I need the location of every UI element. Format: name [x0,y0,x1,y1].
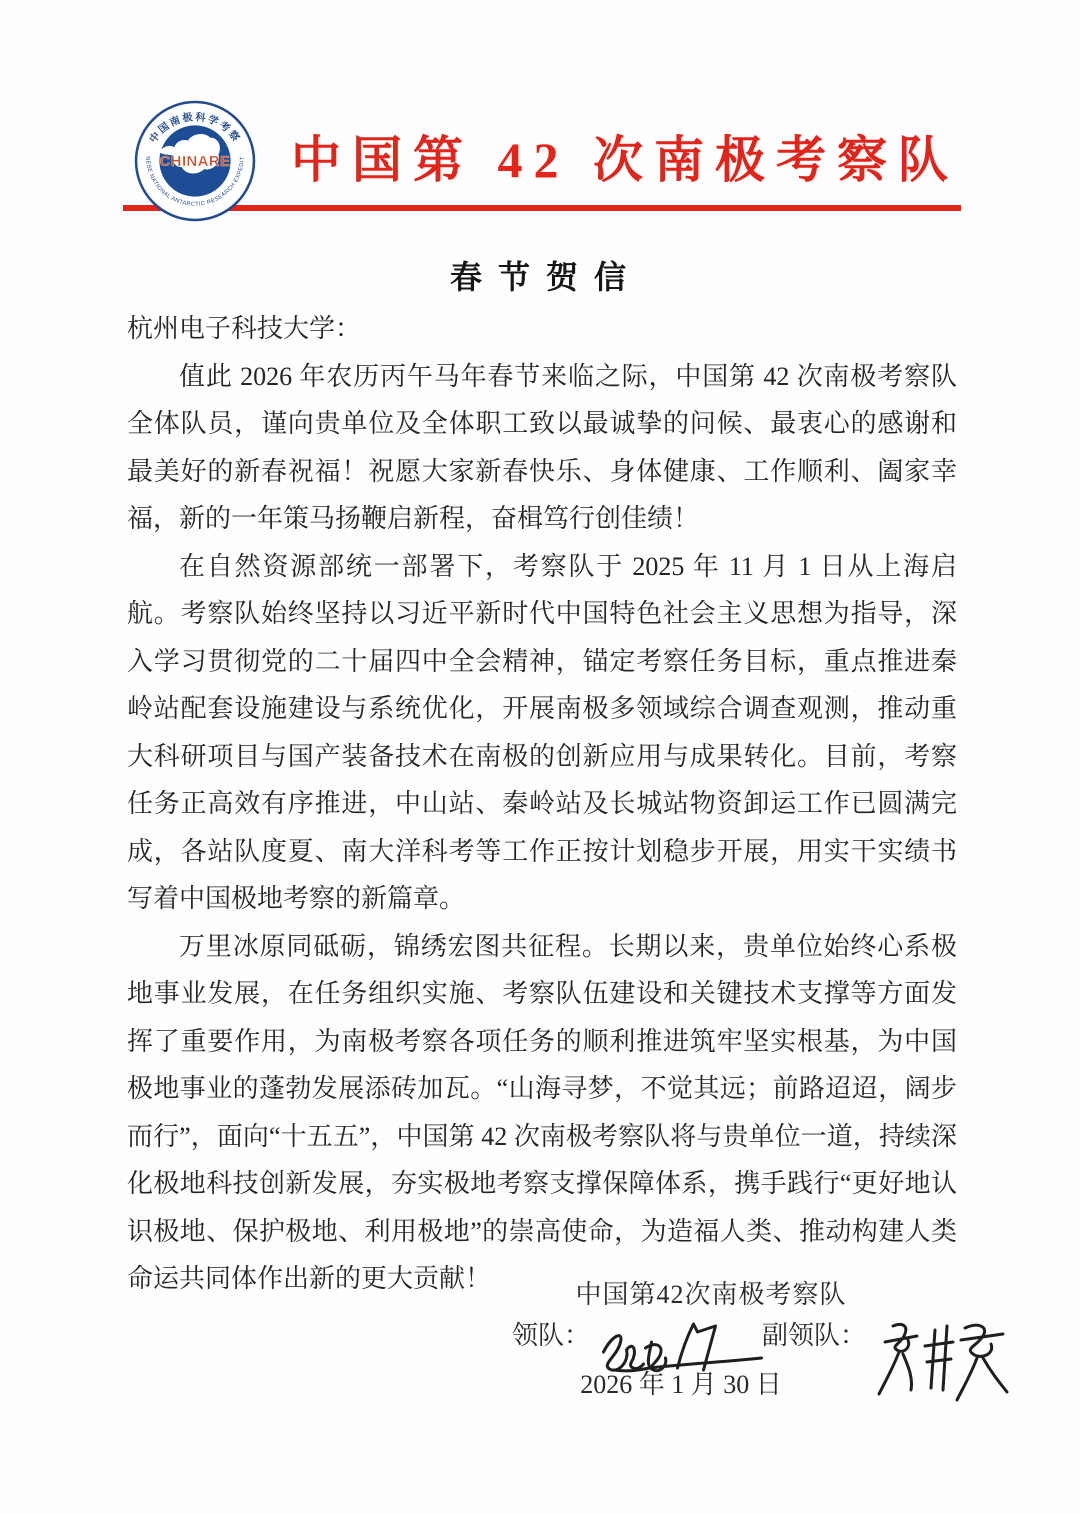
header-org-title: 中国第 42 次南极考察队 [280,120,970,192]
letter-body: 杭州电子科技大学： 值此 2026 年农历丙午马年春节来临之际，中国第 42 次… [127,305,957,1303]
signature-date: 2026 年 1 月 30 日 [576,1364,786,1401]
leader-label: 领队： [512,1312,590,1360]
letter-title: 春 节 贺 信 [0,252,1080,298]
deputy-label: 副领队： [762,1312,866,1360]
logo-chinare-text: CHINARE [160,154,231,170]
paragraph-outlook: 万里冰原同砥砺，锦绣宏图共征程。长期以来，贵单位始终心系极地事业发展，在任务组织… [127,923,957,1303]
letter-page: 中国南极科学考察 CHINESE NATIONAL ANTARCTIC RESE… [0,0,1080,1514]
deputy-signature-icon [872,1314,1014,1406]
salutation: 杭州电子科技大学： [127,305,957,353]
signature-org-name: 中国第42次南极考察队 [531,1274,891,1311]
paragraph-greeting: 值此 2026 年农历丙午马年春节来临之际，中国第 42 次南极考察队全体队员，… [127,353,957,543]
paragraph-mission: 在自然资源部统一部署下，考察队于 2025 年 11 月 1 日从上海启航。考察… [127,543,957,923]
chinare-logo-icon: 中国南极科学考察 CHINESE NATIONAL ANTARCTIC RESE… [134,100,256,222]
